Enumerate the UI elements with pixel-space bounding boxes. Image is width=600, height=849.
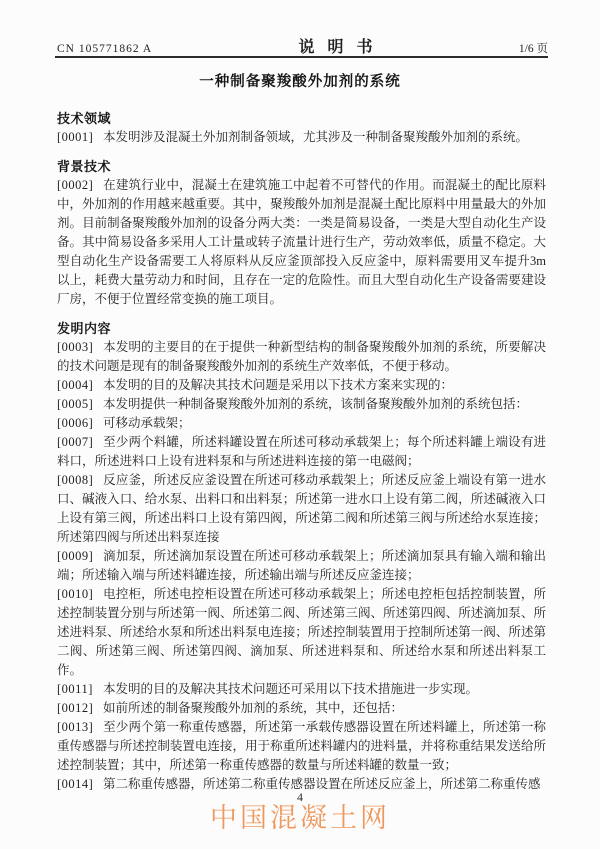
- paragraph-text: 可移动承载架；: [103, 416, 191, 430]
- document-number: CN 105771862 A: [57, 43, 152, 55]
- header-divider: [55, 56, 548, 58]
- paragraph-number: [0008]: [57, 471, 103, 490]
- paragraph-text: 本发明的目的及解决其技术问题是采用以下技术方案来实现的：: [103, 378, 453, 392]
- paragraph-text: 反应釜，所述反应釜设置在所述可移动承载架上；所述反应釜上端设有第一进水口、碱液入…: [57, 473, 546, 544]
- paragraph-0009: [0009]滴加泵，所述滴加泵设置在所述可移动承载架上；所述滴加泵具有输入端和输…: [57, 547, 546, 585]
- page-header: CN 105771862 A 说明书 1/6 页: [57, 34, 548, 57]
- paragraph-0001: [0001]本发明涉及混凝土外加剂制备领域，尤其涉及一种制备聚羧酸外加剂的系统。: [57, 128, 546, 147]
- paragraph-text: 本发明的目的及解决其技术问题还可采用以下技术措施进一步实现。: [103, 682, 478, 696]
- paragraph-text: 至少两个料罐，所述料罐设置在所述可移动承载架上；每个所述料罐上端设有进料口，所述…: [57, 435, 546, 468]
- paragraph-text: 滴加泵，所述滴加泵设置在所述可移动承载架上；所述滴加泵具有输入端和输出端；所述输…: [57, 549, 546, 582]
- paragraph-0004: [0004]本发明的目的及解决其技术问题是采用以下技术方案来实现的：: [57, 376, 546, 395]
- section-heading-summary-of-invention: 发明内容: [57, 319, 546, 338]
- invention-title: 一种制备聚羧酸外加剂的系统: [0, 70, 600, 91]
- specification-body: 技术领域 [0001]本发明涉及混凝土外加剂制备领域，尤其涉及一种制备聚羧酸外加…: [57, 109, 546, 794]
- paragraph-0006: [0006]可移动承载架；: [57, 414, 546, 433]
- paragraph-number: [0002]: [57, 176, 103, 195]
- paragraph-number: [0001]: [57, 128, 103, 147]
- paragraph-number: [0011]: [57, 680, 103, 699]
- paragraph-0013: [0013]至少两个第一称重传感器，所述第一承载传感器设置在所述料罐上，所述第一…: [57, 718, 546, 775]
- paragraph-0011: [0011]本发明的目的及解决其技术问题还可采用以下技术措施进一步实现。: [57, 680, 546, 699]
- paragraph-0008: [0008]反应釜，所述反应釜设置在所述可移动承载架上；所述反应釜上端设有第一进…: [57, 471, 546, 547]
- paragraph-text: 本发明提供一种制备聚羧酸外加剂的系统，该制备聚羧酸外加剂的系统包括：: [103, 397, 528, 411]
- paragraph-number: [0012]: [57, 699, 103, 718]
- paragraph-0003: [0003]本发明的主要目的在于提供一种新型结构的制备聚羧酸外加剂的系统，所要解…: [57, 338, 546, 376]
- paragraph-number: [0004]: [57, 376, 103, 395]
- paragraph-0012: [0012]如前所述的制备聚羧酸外加剂的系统，其中，还包括：: [57, 699, 546, 718]
- paragraph-number: [0003]: [57, 338, 103, 357]
- paragraph-0002: [0002]在建筑行业中，混凝土在建筑施工中起着不可替代的作用。而混凝土的配比原…: [57, 176, 546, 309]
- paragraph-text: 第二称重传感器，所述第二称重传感器设置在所述反应釜上，所述第二称重传感: [103, 777, 541, 791]
- paragraph-text: 至少两个第一称重传感器，所述第一承载传感器设置在所述料罐上，所述第一称重传感器与…: [57, 720, 546, 772]
- paragraph-text: 在建筑行业中，混凝土在建筑施工中起着不可替代的作用。而混凝土的配比原料中，外加剂…: [57, 178, 546, 306]
- paragraph-number: [0013]: [57, 718, 103, 737]
- sheet-indicator: 1/6 页: [519, 40, 548, 56]
- paragraph-text: 本发明涉及混凝土外加剂制备领域，尤其涉及一种制备聚羧酸外加剂的系统。: [103, 130, 528, 144]
- section-heading-background-art: 背景技术: [57, 157, 546, 176]
- paragraph-number: [0009]: [57, 547, 103, 566]
- paragraph-0005: [0005]本发明提供一种制备聚羧酸外加剂的系统，该制备聚羧酸外加剂的系统包括：: [57, 395, 546, 414]
- patent-specification-page: CN 105771862 A 说明书 1/6 页 一种制备聚羧酸外加剂的系统 技…: [0, 0, 600, 849]
- paragraph-0010: [0010]电控柜，所述电控柜设置在所述可移动承载架上；所述电控柜包括控制装置，…: [57, 585, 546, 680]
- paragraph-number: [0005]: [57, 395, 103, 414]
- paragraph-number: [0010]: [57, 585, 103, 604]
- paragraph-text: 电控柜，所述电控柜设置在所述可移动承载架上；所述电控柜包括控制装置，所述控制装置…: [57, 587, 546, 677]
- paragraph-text: 本发明的主要目的在于提供一种新型结构的制备聚羧酸外加剂的系统，所要解决的技术问题…: [57, 340, 546, 373]
- paragraph-0007: [0007]至少两个料罐，所述料罐设置在所述可移动承载架上；每个所述料罐上端设有…: [57, 433, 546, 471]
- paragraph-number: [0006]: [57, 414, 103, 433]
- paragraph-number: [0007]: [57, 433, 103, 452]
- paragraph-text: 如前所述的制备聚羧酸外加剂的系统，其中，还包括：: [103, 701, 403, 715]
- watermark-china-concrete-net: 中国混凝土网: [210, 796, 390, 835]
- document-type-title: 说明书: [286, 34, 386, 57]
- section-heading-technical-field: 技术领域: [57, 109, 546, 128]
